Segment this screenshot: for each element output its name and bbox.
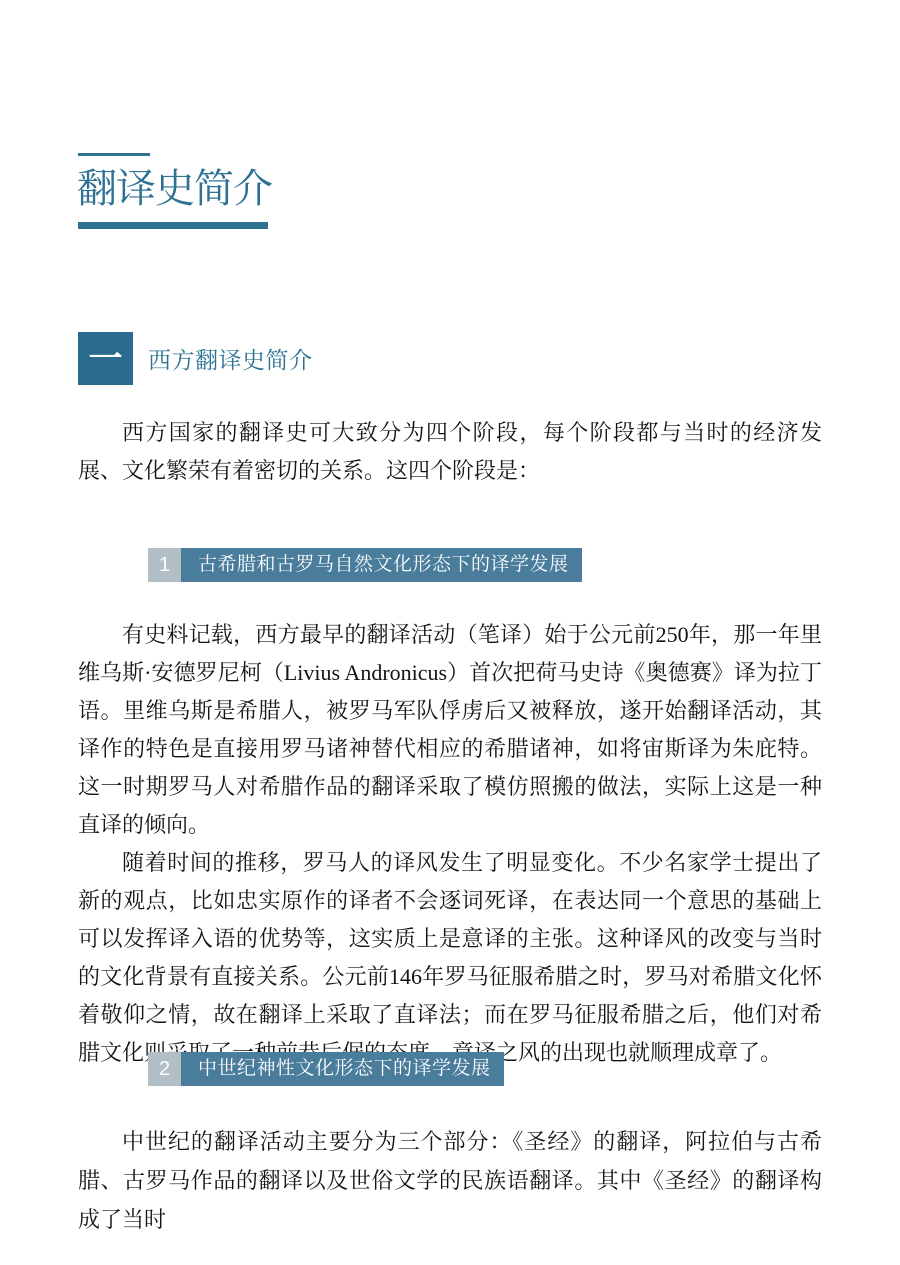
main-paragraph-block: 有史料记载，西方最早的翻译活动（笔译）始于公元前250年，那一年里维乌斯·安德罗…: [78, 616, 822, 1072]
chapter-title: 翻译史简介: [77, 166, 272, 212]
subheading-1: 1 古希腊和古罗马自然文化形态下的译学发展: [148, 548, 582, 582]
paragraph-3: 中世纪的翻译活动主要分为三个部分：《圣经》的翻译，阿拉伯与古希腊、古罗马作品的翻…: [78, 1122, 822, 1239]
section-heading: 一 西方翻译史简介: [78, 332, 313, 385]
subheading-1-label: 古希腊和古罗马自然文化形态下的译学发展: [181, 548, 582, 582]
subheading-1-number: 1: [148, 548, 181, 582]
section-title: 西方翻译史简介: [148, 342, 313, 375]
title-bottom-rule: [78, 222, 268, 229]
paragraph-2: 随着时间的推移，罗马人的译风发生了明显变化。不少名家学士提出了新的观点，比如忠实…: [78, 844, 822, 1072]
last-paragraph-block: 中世纪的翻译活动主要分为三个部分：《圣经》的翻译，阿拉伯与古希腊、古罗马作品的翻…: [78, 1122, 822, 1239]
intro-paragraph-block: 西方国家的翻译史可大致分为四个阶段，每个阶段都与当时的经济发展、文化繁荣有着密切…: [78, 414, 822, 490]
subheading-2: 2 中世纪神性文化形态下的译学发展: [148, 1052, 504, 1086]
section-marker: 一: [89, 342, 123, 376]
section-marker-box: 一: [78, 332, 133, 385]
subheading-2-number: 2: [148, 1052, 181, 1086]
document-page: 翻译史简介 一 西方翻译史简介 西方国家的翻译史可大致分为四个阶段，每个阶段都与…: [0, 0, 900, 1265]
paragraph-intro: 西方国家的翻译史可大致分为四个阶段，每个阶段都与当时的经济发展、文化繁荣有着密切…: [78, 414, 822, 490]
subheading-2-label: 中世纪神性文化形态下的译学发展: [181, 1052, 504, 1086]
paragraph-1: 有史料记载，西方最早的翻译活动（笔译）始于公元前250年，那一年里维乌斯·安德罗…: [78, 616, 822, 844]
chapter-header: 翻译史简介: [78, 153, 272, 229]
title-top-rule: [78, 153, 150, 156]
